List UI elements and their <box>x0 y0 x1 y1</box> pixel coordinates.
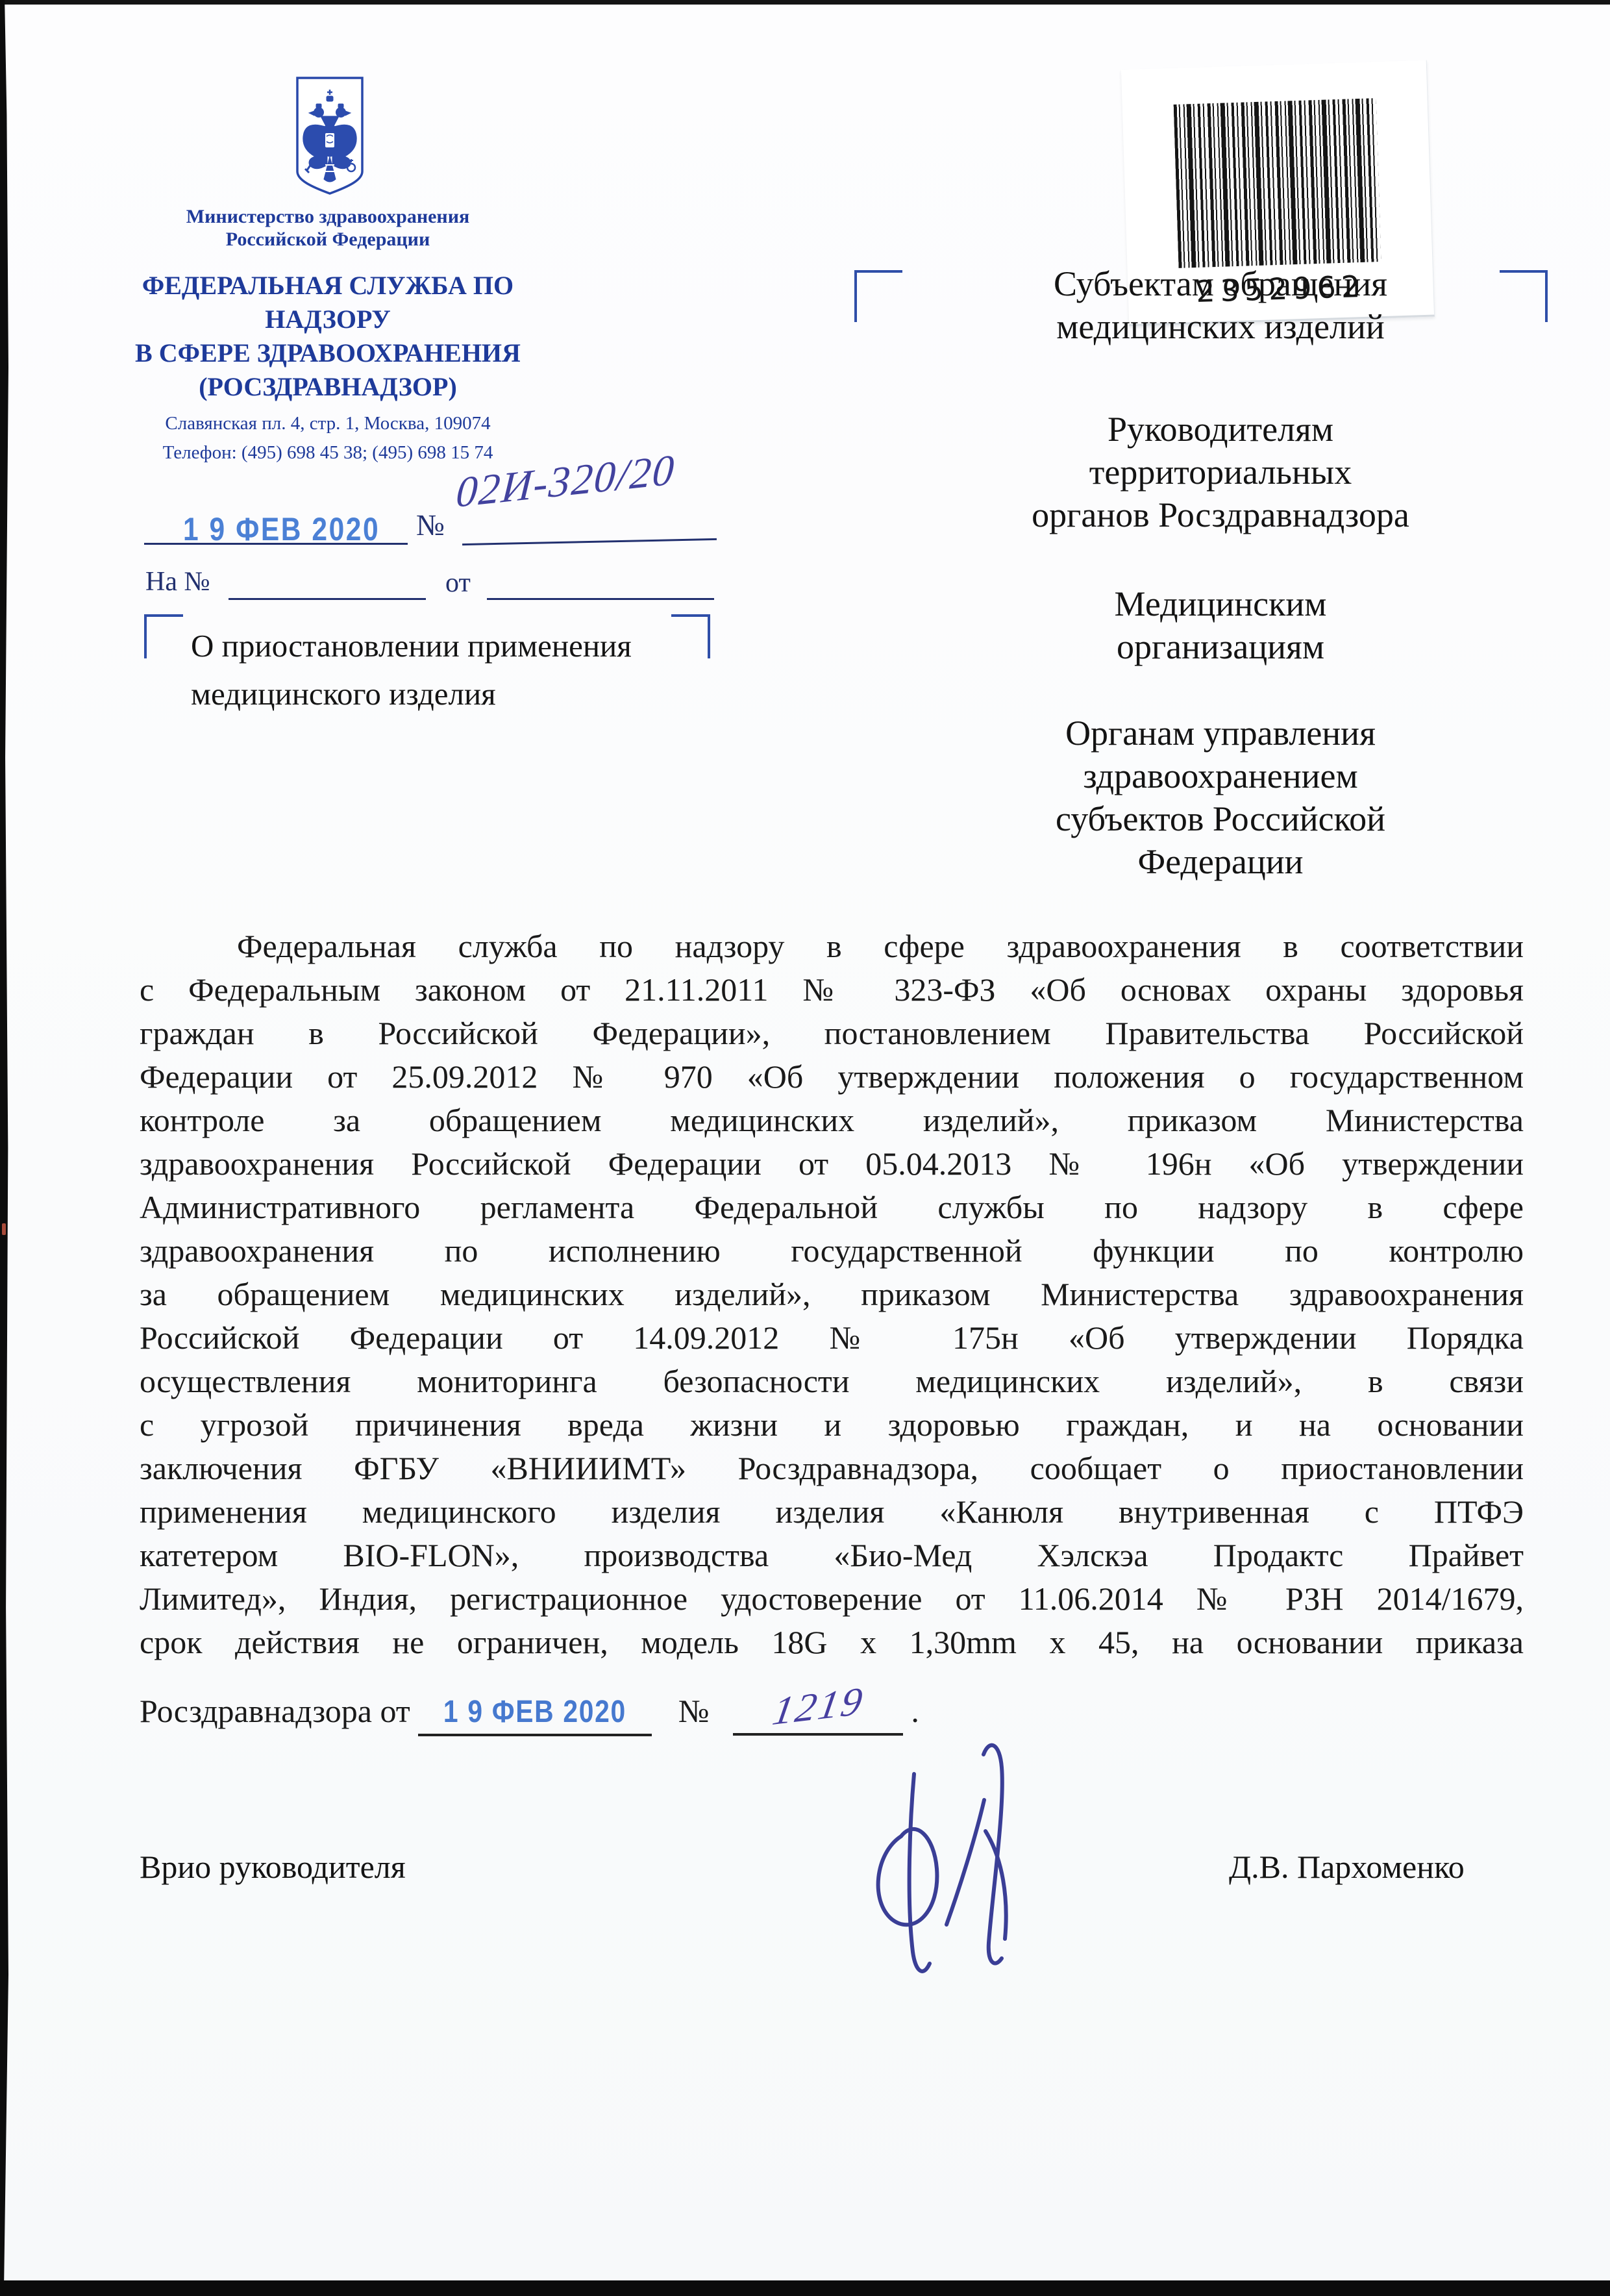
body-line: Федерации от 25.09.2012 № 970 «Об утверж… <box>140 1055 1524 1099</box>
body-last-line: Росздравнадзора от 1 9 ФЕВ 2020 № 1219 . <box>140 1688 1524 1736</box>
service-line2: В СФЕРЕ ЗДРАВООХРАНЕНИЯ <box>97 336 558 370</box>
subject-line1: О приостановлении применения <box>191 622 697 670</box>
scan-fleck <box>2 1223 6 1235</box>
body-line: катетером BIO-FLON», производства «Био-М… <box>140 1534 1524 1577</box>
body-line: осуществления мониторинга безопасности м… <box>140 1360 1524 1403</box>
scan-edge-bottom <box>0 2280 1610 2296</box>
body-line: Лимитед», Индия, регистрационное удостов… <box>140 1577 1524 1621</box>
order-prefix: Росздравнадзора от <box>140 1693 410 1729</box>
sentence-period: . <box>911 1693 919 1729</box>
date-underline <box>144 543 408 545</box>
recipient-line: Руководителям <box>1000 408 1441 451</box>
recipient-block-2: Руководителям территориальных органов Ро… <box>1000 408 1441 536</box>
order-date-stamp: 1 9 ФЕВ 2020 <box>443 1690 626 1734</box>
scanned-letter-page: Министерство здравоохранения Российской … <box>0 0 1610 2296</box>
recipient-line: Федерации <box>1000 840 1441 883</box>
order-number-handwritten: 1219 <box>769 1680 867 1734</box>
letterhead-contacts: Славянская пл. 4, стр. 1, Москва, 109074… <box>97 409 558 468</box>
ministry-line1: Министерство здравоохранения <box>97 205 558 228</box>
scan-edge-top <box>0 0 1610 5</box>
ref-na-no-label: На № <box>145 566 210 597</box>
signer-name: Д.В. Пархоменко <box>1229 1848 1465 1886</box>
recipient-line: органов Росздравнадзора <box>1000 493 1441 536</box>
coat-of-arms-russia-icon <box>293 74 366 199</box>
recipient-line: территориальных <box>1000 451 1441 493</box>
ministry-name: Министерство здравоохранения Российской … <box>97 205 558 251</box>
body-line: здравоохранения Российской Федерации от … <box>140 1142 1524 1186</box>
order-date-field: 1 9 ФЕВ 2020 <box>418 1690 652 1736</box>
body-line: Административного регламента Федеральной… <box>140 1186 1524 1229</box>
letter-body: Федеральная служба по надзору в сфере зд… <box>140 925 1524 1736</box>
subject-line2: медицинского изделия <box>191 670 697 718</box>
scan-edge-left <box>0 0 8 2296</box>
recipient-line: организациям <box>1000 625 1441 668</box>
recipient-line: медицинских изделий <box>1000 305 1441 348</box>
recipient-block-1: Субъектам обращения медицинских изделий <box>1000 262 1441 348</box>
body-line: заключения ФГБУ «ВНИИИМТ» Росздравнадзор… <box>140 1447 1524 1490</box>
body-line: применения медицинского изделия изделия … <box>140 1490 1524 1534</box>
body-line: за обращением медицинских изделий», прик… <box>140 1273 1524 1316</box>
service-line1: ФЕДЕРАЛЬНАЯ СЛУЖБА ПО НАДЗОРУ <box>97 269 558 336</box>
number-underline <box>462 538 717 545</box>
subject-block: О приостановлении применения медицинског… <box>191 622 697 718</box>
ref-date-underline <box>487 598 714 600</box>
service-name: ФЕДЕРАЛЬНАЯ СЛУЖБА ПО НАДЗОРУ В СФЕРЕ ЗД… <box>97 269 558 404</box>
signer-position: Врио руководителя <box>140 1848 406 1886</box>
body-line: контроле за обращением медицинских издел… <box>140 1099 1524 1142</box>
recipient-line: Медицинским <box>1000 582 1441 625</box>
body-line: здравоохранения по исполнению государств… <box>140 1229 1524 1273</box>
recipient-block-3: Медицинским организациям <box>1000 582 1441 668</box>
recipient-line: субъектов Российской <box>1000 797 1441 840</box>
barcode-icon <box>1174 98 1381 268</box>
number-sign: № <box>416 508 445 542</box>
body-line: с угрозой причинения вреда жизни и здоро… <box>140 1403 1524 1447</box>
service-line3: (РОСЗДРАВНАДЗОР) <box>97 370 558 404</box>
corner-mark-recipient-right <box>1500 270 1548 322</box>
order-number-sign: № <box>678 1693 710 1729</box>
recipient-line: здравоохранением <box>1000 755 1441 797</box>
recipient-line: Органам управления <box>1000 712 1441 755</box>
recipient-block-4: Органам управления здравоохранением субъ… <box>1000 712 1441 883</box>
letterhead-address: Славянская пл. 4, стр. 1, Москва, 109074 <box>97 409 558 438</box>
recipient-line: Субъектам обращения <box>1000 262 1441 305</box>
body-line: граждан в Российской Федерации», постано… <box>140 1012 1524 1055</box>
corner-mark-recipient-left <box>854 270 902 322</box>
letterhead-phone: Телефон: (495) 698 45 38; (495) 698 15 7… <box>97 438 558 468</box>
ministry-line2: Российской Федерации <box>97 228 558 251</box>
ref-ot-label: от <box>445 568 471 599</box>
body-line: Федеральная служба по надзору в сфере зд… <box>140 925 1524 968</box>
body-line: с Федеральным законом от 21.11.2011 № 32… <box>140 968 1524 1012</box>
body-line: Российской Федерации от 14.09.2012 № 175… <box>140 1316 1524 1360</box>
handwritten-signature-icon <box>850 1727 1065 1993</box>
ref-number-underline <box>229 598 426 600</box>
body-line: срок действия не ограничен, модель 18G x… <box>140 1621 1524 1664</box>
corner-mark-subject-left <box>144 614 183 658</box>
